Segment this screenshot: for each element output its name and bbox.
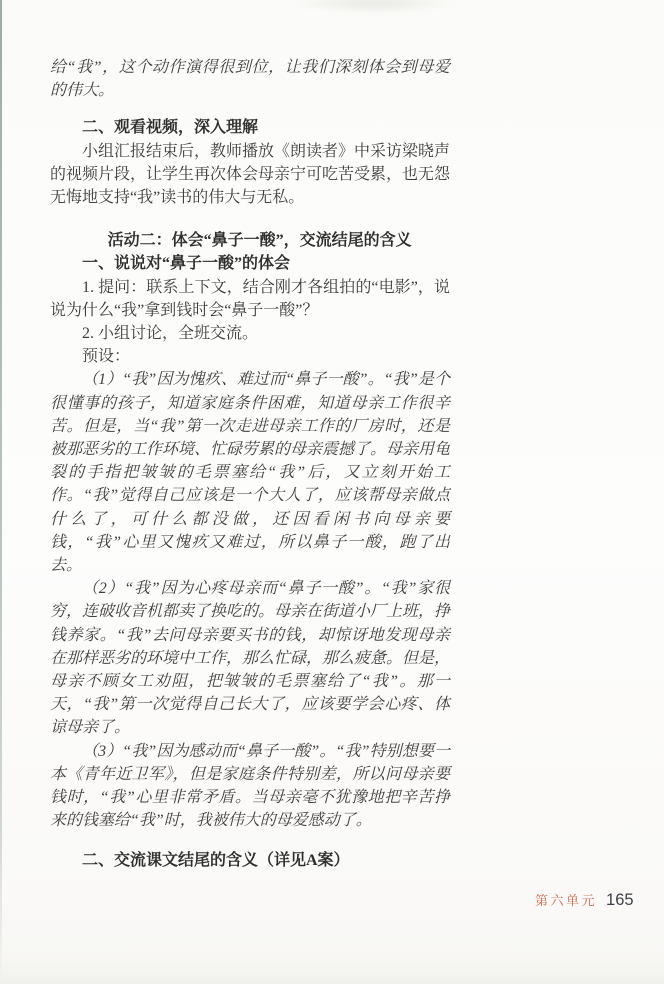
paragraph-continuation: 给“我”，这个动作演得很到位，让我们深刻体会到母爱的伟大。: [50, 56, 450, 102]
section-heading-ending: 二、交流课文结尾的含义（详见A案）: [50, 849, 450, 872]
scan-bottom-shading: [0, 958, 664, 984]
paragraph-preset-label: 预设：: [50, 345, 450, 368]
activity-heading: 活动二：体会“鼻子一酸”，交流结尾的含义: [50, 229, 450, 252]
section-heading-video: 二、观看视频，深入理解: [50, 116, 450, 139]
section-heading-experience: 一、说说对“鼻子一酸”的体会: [50, 252, 450, 275]
page-text-content: 给“我”，这个动作演得很到位，让我们深刻体会到母爱的伟大。 二、观看视频，深入理…: [50, 56, 450, 872]
scan-smudge: [290, 0, 460, 14]
page-footer: 第六单元 165: [535, 890, 634, 910]
paragraph-preset-3: （3）“我”因为感动而“鼻子一酸”。“我”特别想要一本《青年近卫军》，但是家庭条…: [50, 740, 450, 833]
paragraph-video-description: 小组汇报结束后，教师播放《朗读者》中采访梁晓声的视频片段，让学生再次体会母亲宁可…: [50, 140, 450, 210]
textbook-page: 给“我”，这个动作演得很到位，让我们深刻体会到母爱的伟大。 二、观看视频，深入理…: [0, 0, 664, 984]
scan-edge-line: [0, 0, 2, 984]
footer-unit-label: 第六单元: [535, 890, 597, 909]
footer-page-number: 165: [606, 891, 634, 910]
paragraph-preset-1: （1）“我”因为愧疚、难过而“鼻子一酸”。“我”是个很懂事的孩子，知道家庭条件困…: [50, 368, 450, 577]
paragraph-step-2-discussion: 2. 小组讨论，全班交流。: [50, 322, 450, 345]
paragraph-step-1-question: 1. 提问：联系上下文，结合刚才各组拍的“电影”，说说为什么“我”拿到钱时会“鼻…: [50, 276, 450, 322]
paragraph-preset-2: （2）“我”因为心疼母亲而“鼻子一酸”。“我”家很穷，连破收音机都卖了换吃的。母…: [50, 577, 450, 739]
